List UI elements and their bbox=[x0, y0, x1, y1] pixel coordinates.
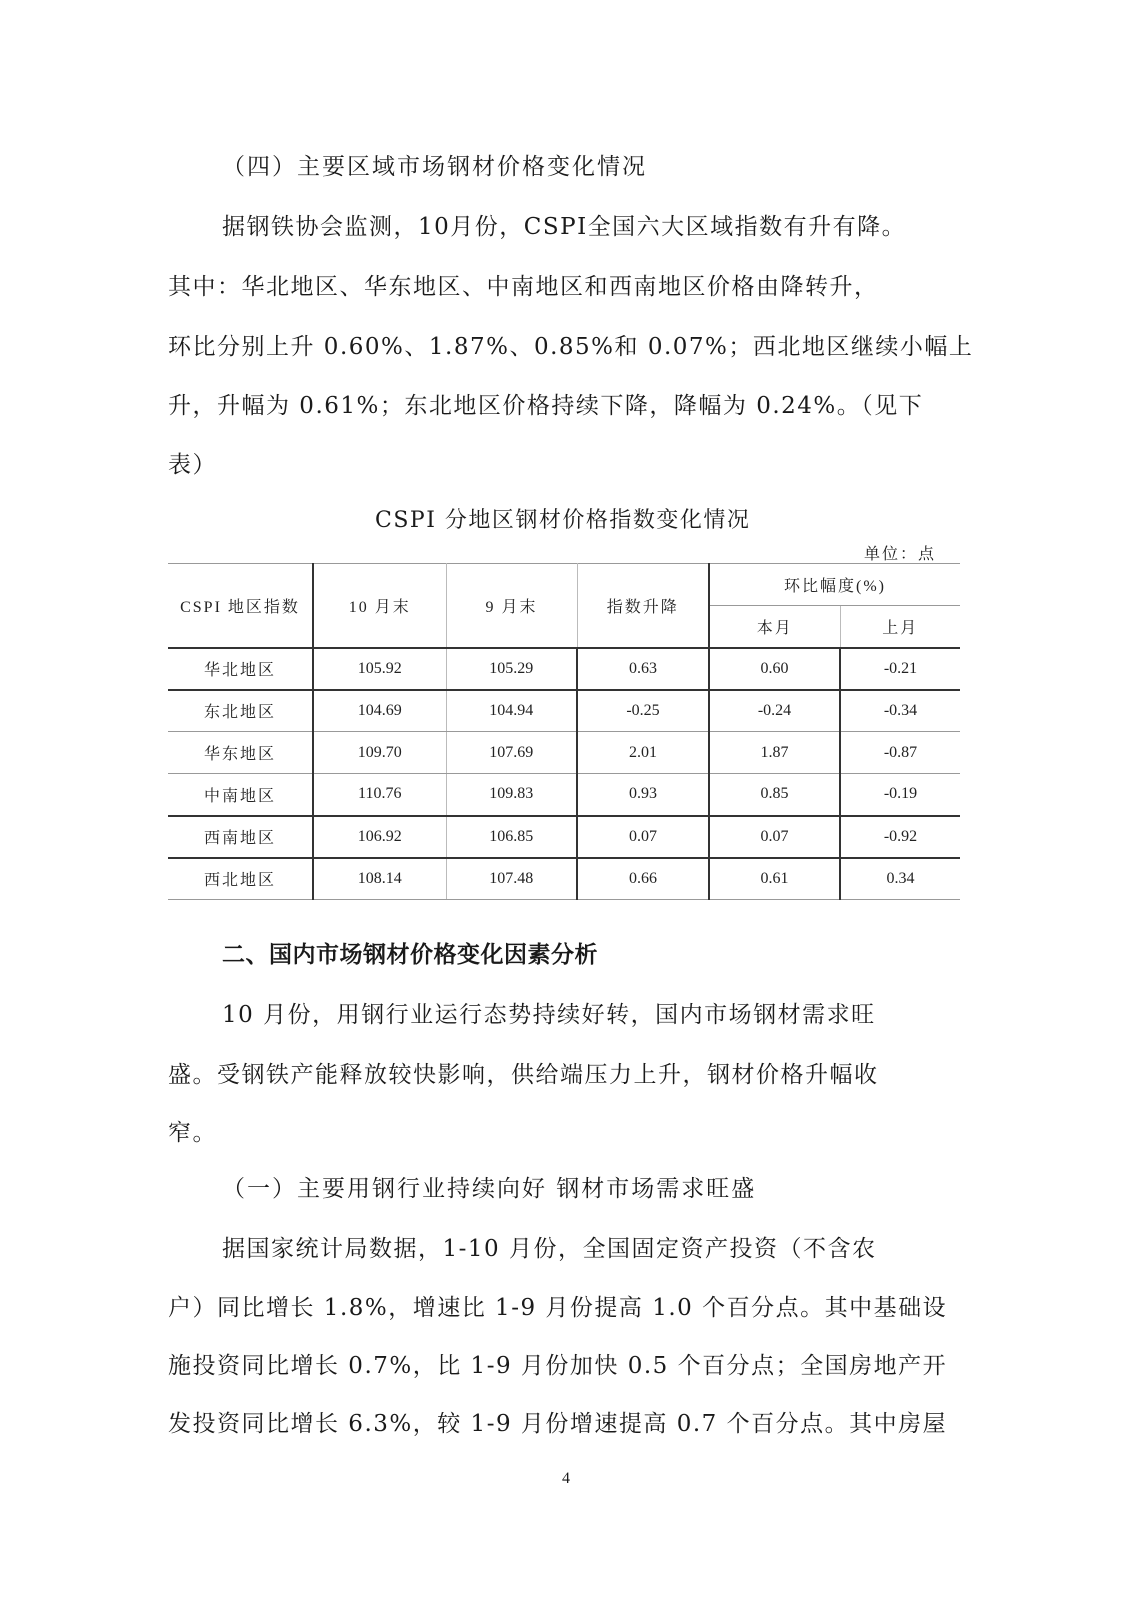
cell-region: 西南地区 bbox=[168, 816, 313, 858]
cell-sep-end: 109.83 bbox=[446, 774, 577, 816]
cell-change: 0.63 bbox=[577, 648, 709, 690]
header-mom-group: 环比幅度(%) bbox=[709, 564, 960, 606]
header-oct-end: 10 月末 bbox=[313, 564, 446, 648]
section2-line-3: 窄。 bbox=[168, 1114, 217, 1147]
cell-change: 0.66 bbox=[577, 858, 709, 900]
cell-sep-end: 106.85 bbox=[446, 816, 577, 858]
cell-region: 东北地区 bbox=[168, 690, 313, 732]
cell-last-month: -0.34 bbox=[840, 690, 960, 732]
cell-sep-end: 105.29 bbox=[446, 648, 577, 690]
cell-this-month: 0.07 bbox=[709, 816, 840, 858]
region-index-table: CSPI 地区指数 10 月末 9 月末 指数升降 环比幅度(%) 本月 上月 … bbox=[168, 563, 960, 900]
cell-change: -0.25 bbox=[577, 690, 709, 732]
cell-sep-end: 107.69 bbox=[446, 732, 577, 774]
cell-last-month: 0.34 bbox=[840, 858, 960, 900]
table-row: 华东地区 109.70 107.69 2.01 1.87 -0.87 bbox=[168, 732, 960, 774]
header-sep-end: 9 月末 bbox=[446, 564, 577, 648]
cell-this-month: 0.61 bbox=[709, 858, 840, 900]
cell-region: 西北地区 bbox=[168, 858, 313, 900]
header-this-month: 本月 bbox=[709, 606, 840, 648]
cell-oct-end: 104.69 bbox=[313, 690, 446, 732]
cell-last-month: -0.87 bbox=[840, 732, 960, 774]
header-region: CSPI 地区指数 bbox=[168, 564, 313, 648]
intro-line-1: 据钢铁协会监测，10月份，CSPI全国六大区域指数有升有降。 bbox=[222, 208, 906, 241]
subsection1-heading: （一）主要用钢行业持续向好 钢材市场需求旺盛 bbox=[222, 1170, 756, 1203]
subsection1-line-1: 据国家统计局数据，1-10 月份，全国固定资产投资（不含农 bbox=[222, 1230, 876, 1263]
section2-line-1: 10 月份，用钢行业运行态势持续好转，国内市场钢材需求旺 bbox=[222, 996, 876, 1029]
cell-oct-end: 108.14 bbox=[313, 858, 446, 900]
cell-region: 华北地区 bbox=[168, 648, 313, 690]
cell-last-month: -0.19 bbox=[840, 774, 960, 816]
section2-heading: 二、国内市场钢材价格变化因素分析 bbox=[222, 936, 598, 969]
cell-this-month: 0.60 bbox=[709, 648, 840, 690]
intro-line-2: 其中：华北地区、华东地区、中南地区和西南地区价格由降转升， bbox=[168, 268, 879, 301]
cell-oct-end: 110.76 bbox=[313, 774, 446, 816]
table-row: 华北地区 105.92 105.29 0.63 0.60 -0.21 bbox=[168, 648, 960, 690]
cell-change: 0.07 bbox=[577, 816, 709, 858]
table-row: 西北地区 108.14 107.48 0.66 0.61 0.34 bbox=[168, 858, 960, 900]
cell-sep-end: 104.94 bbox=[446, 690, 577, 732]
cell-sep-end: 107.48 bbox=[446, 858, 577, 900]
section-heading: （四）主要区域市场钢材价格变化情况 bbox=[222, 148, 647, 181]
table-row: 中南地区 110.76 109.83 0.93 0.85 -0.19 bbox=[168, 774, 960, 816]
cell-oct-end: 106.92 bbox=[313, 816, 446, 858]
cell-last-month: -0.92 bbox=[840, 816, 960, 858]
subsection1-line-2: 户）同比增长 1.8%，增速比 1-9 月份提高 1.0 个百分点。其中基础设 bbox=[168, 1289, 947, 1322]
table-title: CSPI 分地区钢材价格指数变化情况 bbox=[375, 503, 750, 534]
table-header-row: CSPI 地区指数 10 月末 9 月末 指数升降 环比幅度(%) bbox=[168, 564, 960, 606]
intro-line-5: 表） bbox=[168, 446, 217, 479]
header-change: 指数升降 bbox=[577, 564, 709, 648]
table-row: 东北地区 104.69 104.94 -0.25 -0.24 -0.34 bbox=[168, 690, 960, 732]
cell-oct-end: 105.92 bbox=[313, 648, 446, 690]
intro-line-3: 环比分别上升 0.60%、1.87%、0.85%和 0.07%；西北地区继续小幅… bbox=[168, 328, 973, 361]
cell-change: 2.01 bbox=[577, 732, 709, 774]
cell-oct-end: 109.70 bbox=[313, 732, 446, 774]
page-number: 4 bbox=[562, 1470, 570, 1488]
cell-this-month: -0.24 bbox=[709, 690, 840, 732]
cell-change: 0.93 bbox=[577, 774, 709, 816]
cell-region: 华东地区 bbox=[168, 732, 313, 774]
header-last-month: 上月 bbox=[840, 606, 960, 648]
table-row: 西南地区 106.92 106.85 0.07 0.07 -0.92 bbox=[168, 816, 960, 858]
subsection1-line-4: 发投资同比增长 6.3%，较 1-9 月份增速提高 0.7 个百分点。其中房屋 bbox=[168, 1405, 947, 1438]
cell-last-month: -0.21 bbox=[840, 648, 960, 690]
cell-this-month: 1.87 bbox=[709, 732, 840, 774]
intro-line-4: 升，升幅为 0.61%；东北地区价格持续下降，降幅为 0.24%。（见下 bbox=[168, 387, 923, 420]
cell-region: 中南地区 bbox=[168, 774, 313, 816]
subsection1-line-3: 施投资同比增长 0.7%，比 1-9 月份加快 0.5 个百分点；全国房地产开 bbox=[168, 1347, 947, 1380]
cell-this-month: 0.85 bbox=[709, 774, 840, 816]
section2-line-2: 盛。受钢铁产能释放较快影响，供给端压力上升，钢材价格升幅收 bbox=[168, 1056, 879, 1089]
table-unit: 单位：点 bbox=[864, 541, 936, 564]
